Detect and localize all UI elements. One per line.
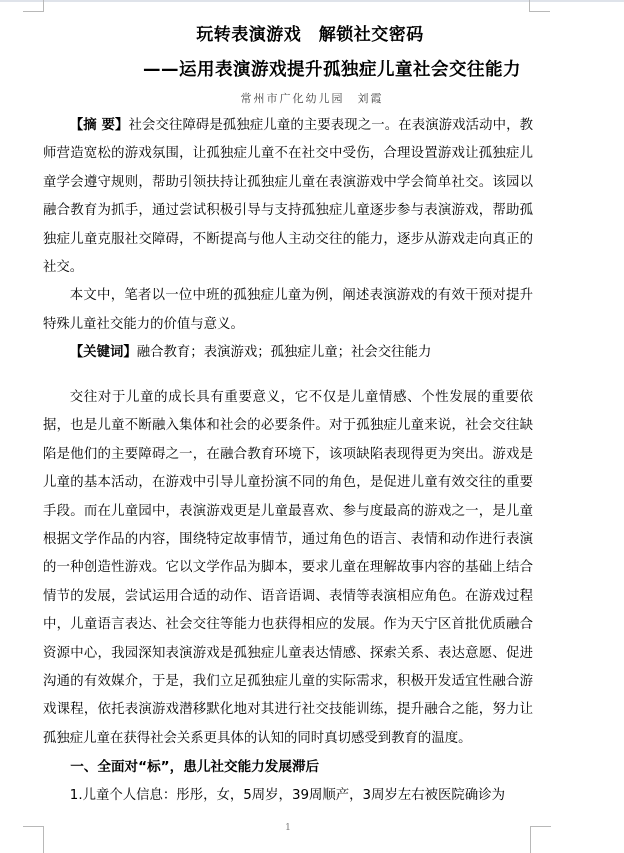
abstract-paragraph: 【摘 要】社会交往障碍是孤独症儿童的主要表现之一。在表演游戏活动中，教师营造宽松… [43,112,533,282]
abstract-text: 社会交往障碍是孤独症儿童的主要表现之一。在表演游戏活动中，教师营造宽松的游戏氛围… [43,118,533,275]
crop-mark-bottom-right-h [530,826,551,827]
document-subtitle: ——运用表演游戏提升孤独症儿童社会交往能力 [20,56,624,81]
intro-paragraph: 本文中，笔者以一位中班的孤独症儿童为例，阐述表演游戏的有效干预对提升特殊儿童社交… [43,282,533,339]
section1-item-1: 1.儿童个人信息：彤彤，女，5周岁，39周顺产，3周岁左右被医院确诊为 [43,782,533,810]
main-section: 交往对于儿童的成长具有重要意义，它不仅是儿童情感、个性发展的重要依据，也是儿童不… [43,384,533,810]
crop-mark-bottom-right-v [530,826,531,853]
keywords-paragraph: 【关键词】融合教育；表演游戏；孤独症儿童；社会交往能力 [43,339,533,367]
section-heading-1: 一、全面对“标”，患儿社交能力发展滞后 [43,753,533,781]
keywords-text: 融合教育；表演游戏；孤独症儿童；社会交往能力 [137,345,432,360]
document-title: 玩转表演游戏 解锁社交密码 [0,20,622,45]
main-paragraph: 交往对于儿童的成长具有重要意义，它不仅是儿童情感、个性发展的重要依据，也是儿童不… [43,384,533,753]
crop-mark-top-right-v [529,0,530,12]
crop-mark-top-right-h [529,11,550,12]
abstract-label: 【摘 要】 [70,118,129,133]
page-number: 1 [283,823,293,833]
window-top-edge [0,0,624,2]
keywords-label: 【关键词】 [70,345,137,360]
author-line: 常州市广化幼儿园 刘霞 [0,90,624,106]
crop-mark-top-left-h [23,11,44,12]
crop-mark-top-left-v [43,0,44,12]
crop-mark-bottom-left-h [23,826,44,827]
abstract-section: 【摘 要】社会交往障碍是孤独症儿童的主要表现之一。在表演游戏活动中，教师营造宽松… [43,112,533,368]
crop-mark-bottom-left-v [43,826,44,853]
